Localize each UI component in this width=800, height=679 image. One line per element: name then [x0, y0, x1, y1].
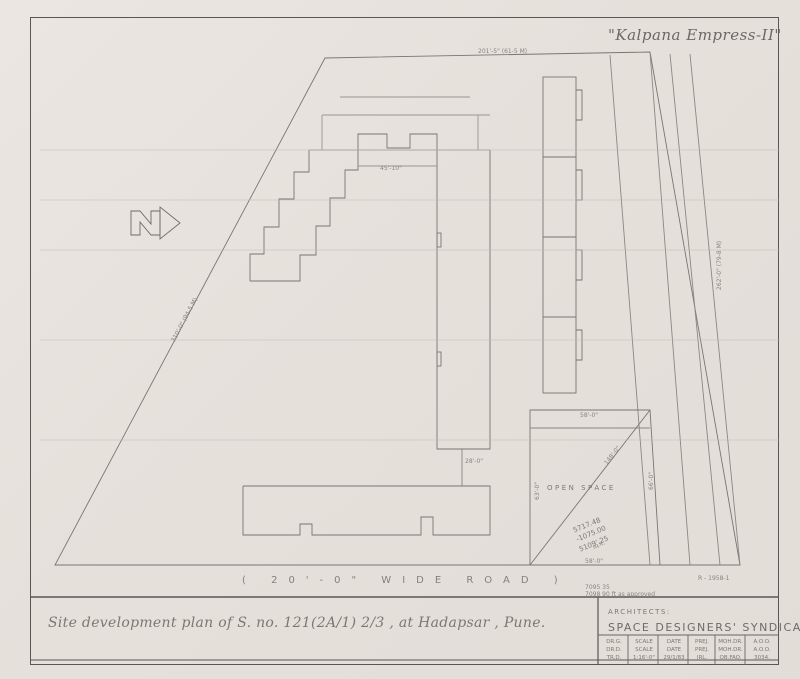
north-arrow-icon: [131, 207, 180, 239]
open-space-right-dim: 66'-0": [648, 472, 655, 490]
open-space-top-dim: 58'-0": [580, 412, 598, 419]
gap-dimension: 28'-0": [465, 458, 483, 465]
title-block-cell: DATE DATE 29/1/83: [660, 638, 688, 662]
title-block-cell: PREJ. PREJ. JRL.: [689, 638, 715, 662]
revision-note-2: 7098 90 ft as approved: [585, 591, 655, 598]
title-block-cell: SCALE SCALE 1:16'-0": [630, 638, 658, 662]
title-block-architects-label: ARCHITECTS:: [608, 608, 671, 616]
title-block-firm: SPACE DESIGNERS' SYNDICATE: [608, 621, 800, 634]
building-a-stepped-wing: [250, 134, 490, 449]
right-boundary-dimension: 262'-0" (79-8 M): [716, 241, 723, 290]
courtyard-dimension: 45'-10": [380, 165, 402, 172]
title-block-cell: A.O.O. A.O.O. 3034.: [746, 638, 778, 662]
project-title: "Kalpana Empress-II": [608, 26, 782, 44]
revision-ref: R - 1958-1: [698, 575, 729, 582]
road-label: ( 20'-0" WIDE ROAD ): [242, 575, 569, 586]
building-c: [543, 77, 576, 393]
building-b: [243, 486, 490, 535]
title-block-cell: MOH.DR. MOH.DR. OB.FAO.: [716, 638, 745, 662]
top-boundary-dimension: 201'-5" (61-5 M): [478, 48, 527, 55]
open-space-bottom-dim: 58'-0": [585, 558, 603, 565]
drawing-caption: Site development plan of S. no. 121(2A/1…: [48, 615, 546, 631]
open-space-label: OPEN SPACE: [547, 484, 616, 492]
revision-note-1: 7095 35: [585, 584, 610, 591]
plot-boundary: [55, 52, 740, 565]
title-block-cell: DR.G. DR.D. TR.D.: [600, 638, 628, 662]
open-space-left-dim: 63'-0": [534, 482, 541, 500]
